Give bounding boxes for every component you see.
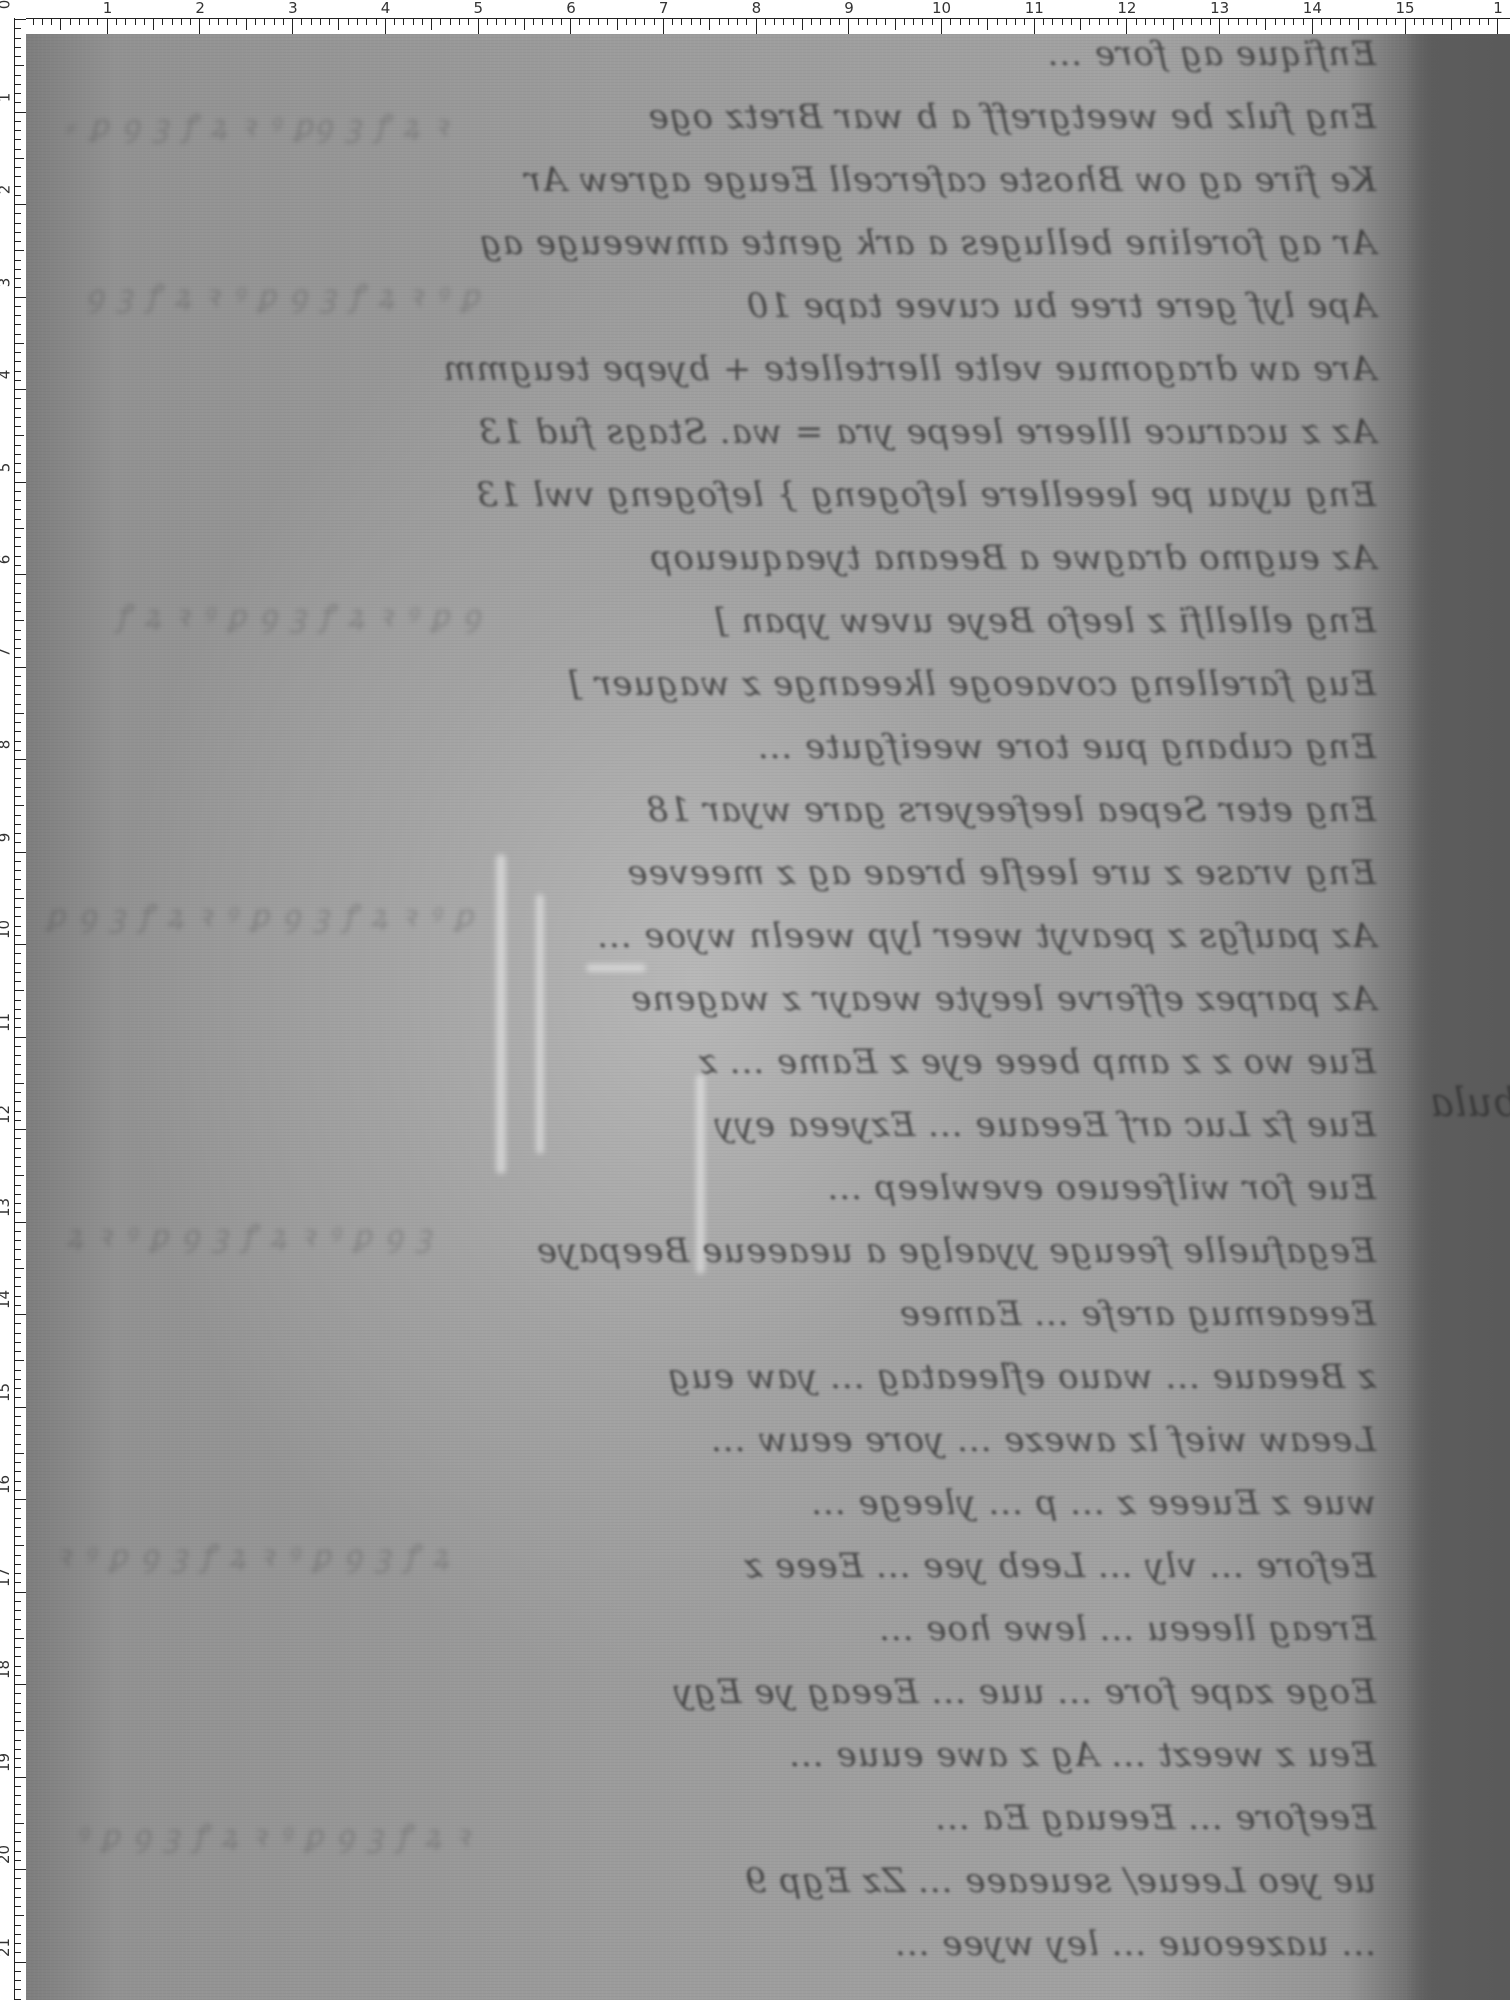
ruler-tick bbox=[209, 18, 210, 25]
ruler-tick bbox=[14, 250, 24, 251]
ruler-tick bbox=[14, 676, 21, 677]
ruler-tick bbox=[14, 1268, 24, 1269]
ruler-tick bbox=[1145, 18, 1146, 25]
ruler-label: 18 bbox=[0, 1660, 12, 1679]
ruler-tick bbox=[1414, 18, 1415, 25]
ruler-tick bbox=[14, 371, 21, 372]
ruler-tick bbox=[14, 1629, 21, 1630]
ruler-tick bbox=[14, 583, 21, 584]
manuscript-line: wue z Eueee z ... p ... yleege ... bbox=[46, 1483, 1376, 1523]
ruler-tick bbox=[14, 408, 21, 409]
manuscript-line: Eefore ... vly ... Leeb yee ... Eeee z bbox=[46, 1546, 1376, 1586]
ruler-tick bbox=[839, 18, 840, 25]
top-ruler: 01234567891011121314151 bbox=[0, 0, 1510, 34]
ruler-tick bbox=[14, 1592, 26, 1593]
ruler-tick bbox=[14, 916, 21, 917]
ruler-tick bbox=[51, 18, 52, 25]
ruler-label: 11 bbox=[0, 1012, 12, 1031]
ruler-tick bbox=[14, 1980, 21, 1981]
ruler-tick bbox=[14, 1888, 21, 1889]
ruler-tick bbox=[1340, 18, 1341, 25]
ruler-tick bbox=[589, 18, 590, 25]
ruler-tick bbox=[635, 18, 636, 25]
ruler-tick bbox=[14, 84, 21, 85]
ruler-tick bbox=[719, 18, 720, 25]
ruler-tick bbox=[14, 1259, 21, 1260]
ruler-tick bbox=[14, 1934, 21, 1935]
ruler-tick bbox=[14, 1037, 26, 1038]
ruler-tick bbox=[14, 1120, 21, 1121]
ruler-tick bbox=[14, 1286, 21, 1287]
ruler-label: 15 bbox=[1396, 1, 1415, 16]
ruler-tick bbox=[14, 334, 21, 335]
ruler-tick bbox=[14, 1832, 21, 1833]
ruler-tick bbox=[14, 28, 21, 29]
ruler-tick bbox=[14, 343, 24, 344]
ruler-tick bbox=[811, 18, 812, 25]
ruler-tick bbox=[14, 1351, 21, 1352]
ruler-tick bbox=[14, 556, 21, 557]
ruler-tick bbox=[14, 1092, 21, 1093]
ruler-tick bbox=[1488, 18, 1489, 25]
manuscript-line: Ereag lleeeu ... lewe hoe ... bbox=[46, 1609, 1376, 1649]
ruler-tick bbox=[932, 18, 933, 25]
ruler-tick bbox=[14, 731, 21, 732]
ruler-tick bbox=[14, 1989, 21, 1990]
ruler-tick bbox=[728, 18, 729, 25]
ruler-tick bbox=[14, 1009, 21, 1010]
ruler-tick bbox=[14, 1684, 26, 1685]
ruler-tick bbox=[542, 18, 543, 25]
ruler-tick bbox=[700, 18, 701, 25]
ruler-tick bbox=[283, 18, 284, 25]
manuscript-line: Eng vrase z ure leefle breae ag z meevee bbox=[46, 853, 1376, 893]
ruler-tick bbox=[1497, 18, 1498, 34]
ruler-tick bbox=[14, 1379, 21, 1380]
ruler-tick bbox=[1071, 18, 1072, 25]
ruler-tick bbox=[1043, 18, 1044, 25]
ruler-tick bbox=[14, 685, 21, 686]
ruler-tick bbox=[385, 18, 386, 34]
ruler-tick bbox=[14, 389, 26, 390]
ruler-tick bbox=[820, 18, 821, 25]
manuscript-line: Eue fz Luc arf Eeeaue ... Ezyeea eyy bbox=[46, 1105, 1376, 1145]
ruler-tick bbox=[311, 18, 312, 25]
ruler-tick bbox=[14, 1203, 21, 1204]
ruler-tick bbox=[904, 18, 905, 25]
ruler-tick bbox=[440, 18, 441, 25]
ruler-tick bbox=[1210, 18, 1211, 25]
ruler-tick bbox=[1377, 18, 1378, 25]
ruler-tick bbox=[366, 18, 367, 25]
ruler-tick bbox=[14, 972, 21, 973]
ruler-tick bbox=[1191, 18, 1192, 25]
ruler-tick bbox=[199, 18, 200, 34]
ruler-label: 1 bbox=[1493, 1, 1503, 16]
ruler-tick bbox=[14, 926, 21, 927]
ruler-tick bbox=[14, 981, 21, 982]
ruler-tick bbox=[14, 667, 26, 668]
ruler-tick bbox=[561, 18, 562, 25]
ruler-tick bbox=[320, 18, 321, 25]
ruler-tick bbox=[14, 482, 26, 483]
ruler-tick bbox=[1451, 18, 1452, 30]
ruler-tick bbox=[598, 18, 599, 25]
ruler-tick bbox=[1395, 18, 1396, 25]
ruler-tick bbox=[1423, 18, 1424, 25]
ruler-tick bbox=[14, 1333, 21, 1334]
ruler-tick bbox=[515, 18, 516, 25]
ruler-tick bbox=[14, 639, 21, 640]
ruler-tick bbox=[1006, 18, 1007, 25]
ruler-tick bbox=[14, 565, 21, 566]
ruler-tick bbox=[14, 278, 21, 279]
ruler-tick bbox=[1367, 18, 1368, 25]
ruler-tick bbox=[14, 1823, 24, 1824]
ruler-tick bbox=[14, 1564, 21, 1565]
ruler-tick bbox=[1238, 18, 1239, 25]
ruler-label: 3 bbox=[0, 277, 12, 287]
ruler-tick bbox=[338, 18, 339, 30]
ruler-tick bbox=[960, 18, 961, 25]
manuscript-line: Az paufgs z peavyt weer lyp weeln wyoe .… bbox=[46, 916, 1376, 956]
ruler-label: 13 bbox=[1210, 1, 1229, 16]
ruler-tick bbox=[14, 1749, 21, 1750]
ruler-tick bbox=[14, 1962, 26, 1963]
ruler-tick bbox=[969, 18, 970, 25]
ruler-tick bbox=[14, 1471, 21, 1472]
ruler-tick bbox=[14, 1860, 21, 1861]
manuscript-line: Eue wo z z amp beee eye z Eame ... z bbox=[46, 1042, 1376, 1082]
ruler-tick bbox=[79, 18, 80, 25]
ruler-tick bbox=[14, 454, 21, 455]
ruler-tick bbox=[14, 704, 21, 705]
ruler-tick bbox=[329, 18, 330, 25]
ruler-tick bbox=[737, 18, 738, 25]
ruler-tick bbox=[14, 1296, 21, 1297]
manuscript-line: Az parpez efferve leeyte weayr z wagene bbox=[46, 979, 1376, 1019]
ruler-label: 4 bbox=[381, 1, 391, 16]
ruler-tick bbox=[14, 93, 21, 94]
ruler-tick bbox=[997, 18, 998, 25]
ruler-label: 0 bbox=[0, 0, 12, 9]
ruler-tick bbox=[14, 204, 26, 205]
ruler-tick bbox=[14, 1240, 21, 1241]
ruler-label: 17 bbox=[0, 1567, 12, 1586]
ruler-label: 3 bbox=[288, 1, 298, 16]
ruler-tick bbox=[14, 648, 21, 649]
ruler-tick bbox=[14, 759, 26, 760]
ruler-tick bbox=[14, 1814, 21, 1815]
manuscript-line: Eoge zape fore ... uue ... Eeeag ye Egy bbox=[46, 1672, 1376, 1712]
ruler-tick bbox=[654, 18, 655, 25]
ruler-tick bbox=[1201, 18, 1202, 25]
ruler-tick bbox=[14, 620, 24, 621]
ruler-tick bbox=[14, 907, 21, 908]
ruler-tick bbox=[14, 1878, 21, 1879]
ruler-tick bbox=[14, 1444, 21, 1445]
ruler-tick bbox=[394, 18, 395, 25]
ruler-tick bbox=[14, 963, 21, 964]
ruler-tick bbox=[709, 18, 710, 30]
ruler-tick bbox=[1228, 18, 1229, 25]
ruler-tick bbox=[14, 139, 21, 140]
ruler-tick bbox=[14, 611, 21, 612]
ruler-tick bbox=[1062, 18, 1063, 25]
ruler-tick bbox=[14, 694, 21, 695]
manuscript-line: Eng fulz be weetgreff a b war Bretz oge bbox=[46, 97, 1376, 137]
ruler-tick bbox=[181, 18, 182, 25]
ruler-tick bbox=[14, 306, 21, 307]
ruler-tick bbox=[14, 315, 21, 316]
left-ruler: 0123456789101112131415161718192021 bbox=[0, 0, 26, 2000]
ruler-tick bbox=[274, 18, 275, 25]
ruler-tick bbox=[552, 18, 553, 25]
ruler-tick bbox=[14, 1869, 26, 1870]
manuscript-line: Ar ag foreline belluges a ark gente amwe… bbox=[46, 223, 1376, 263]
ruler-tick bbox=[1330, 18, 1331, 25]
ruler-tick bbox=[14, 1943, 21, 1944]
ruler-tick bbox=[403, 18, 404, 25]
ruler-label: 2 bbox=[195, 1, 205, 16]
ruler-tick bbox=[14, 1675, 21, 1676]
manuscript-line: Eegafuelle feeuge yyaelge a ueaeeue Beep… bbox=[46, 1231, 1376, 1271]
ruler-label: 21 bbox=[0, 1937, 12, 1956]
ruler-label: 12 bbox=[0, 1105, 12, 1124]
ruler-tick bbox=[14, 944, 26, 945]
ruler-tick bbox=[14, 167, 21, 168]
ruler-label: 9 bbox=[0, 832, 12, 842]
ruler-tick bbox=[1089, 18, 1090, 25]
ruler-label: 8 bbox=[752, 1, 762, 16]
ruler-tick bbox=[533, 18, 534, 25]
ruler-tick bbox=[14, 935, 21, 936]
ruler-tick bbox=[14, 19, 26, 20]
ruler-tick bbox=[14, 297, 26, 298]
ruler-tick bbox=[14, 879, 21, 880]
ruler-tick bbox=[14, 1129, 26, 1130]
ruler-tick bbox=[14, 953, 21, 954]
ruler-tick bbox=[1284, 18, 1285, 25]
ruler-tick bbox=[348, 18, 349, 25]
ruler-tick bbox=[14, 1601, 21, 1602]
ruler-tick bbox=[190, 18, 191, 25]
ruler-tick bbox=[14, 158, 24, 159]
ruler-tick bbox=[33, 18, 34, 25]
ruler-tick bbox=[14, 38, 21, 39]
ruler-tick bbox=[14, 1323, 21, 1324]
ruler-tick bbox=[1312, 18, 1313, 34]
ruler-tick bbox=[14, 352, 21, 353]
ruler-tick bbox=[1219, 18, 1220, 34]
manuscript-line: Are aw dragomue velte llertellete + byep… bbox=[46, 349, 1376, 389]
ruler-tick bbox=[14, 1795, 21, 1796]
ruler-tick bbox=[14, 1573, 21, 1574]
ruler-tick bbox=[14, 1083, 24, 1084]
ruler-tick bbox=[14, 1804, 21, 1805]
manuscript-line: Eng uyau pe leeellere lefogeng } lefogen… bbox=[46, 475, 1376, 515]
ruler-tick bbox=[14, 75, 21, 76]
ruler-tick bbox=[681, 18, 682, 25]
ruler-tick bbox=[153, 18, 154, 30]
ruler-tick bbox=[14, 1555, 21, 1556]
ruler-tick bbox=[450, 18, 451, 25]
ruler-label: 15 bbox=[0, 1382, 12, 1401]
ruler-tick bbox=[1136, 18, 1137, 25]
ruler-tick bbox=[14, 1758, 21, 1759]
ruler-tick bbox=[830, 18, 831, 25]
ruler-tick bbox=[14, 1786, 21, 1787]
ruler-tick bbox=[1432, 18, 1433, 25]
ruler-tick bbox=[14, 223, 21, 224]
ruler-tick bbox=[14, 1111, 21, 1112]
margin-note: Tabula bbox=[1430, 1080, 1510, 1126]
ruler-tick bbox=[1386, 18, 1387, 25]
ruler-label: 6 bbox=[0, 555, 12, 565]
ruler-tick bbox=[867, 18, 868, 25]
ruler-tick bbox=[1479, 18, 1480, 25]
ruler-tick bbox=[14, 1166, 21, 1167]
ruler-tick bbox=[1126, 18, 1127, 34]
ruler-tick bbox=[14, 195, 21, 196]
ruler-tick bbox=[14, 1740, 21, 1741]
ruler-tick bbox=[14, 1499, 26, 1500]
ruler-tick bbox=[14, 787, 21, 788]
ruler-label: 5 bbox=[0, 462, 12, 472]
manuscript-line: Ke fire ag ow Bhoste cafercell Eeuge agr… bbox=[46, 160, 1376, 200]
ruler-tick bbox=[14, 852, 26, 853]
ruler-tick bbox=[691, 18, 692, 25]
ruler-tick bbox=[1108, 18, 1109, 25]
bright-trace bbox=[586, 964, 646, 972]
ruler-tick bbox=[14, 213, 21, 214]
ruler-tick bbox=[14, 1222, 26, 1223]
ruler-label: 2 bbox=[0, 185, 12, 195]
ruler-tick bbox=[125, 18, 126, 25]
ruler-tick bbox=[14, 713, 24, 714]
ruler-tick bbox=[255, 18, 256, 25]
ruler-tick bbox=[14, 361, 21, 362]
ruler-tick bbox=[14, 537, 21, 538]
ruler-tick bbox=[14, 1342, 21, 1343]
ruler-tick bbox=[14, 1712, 21, 1713]
ruler-tick bbox=[922, 18, 923, 25]
ruler-tick bbox=[14, 1610, 21, 1611]
ruler-tick bbox=[14, 65, 24, 66]
ruler-label: 13 bbox=[0, 1197, 12, 1216]
ruler-tick bbox=[14, 593, 21, 594]
ruler-tick bbox=[227, 18, 228, 25]
ruler-tick bbox=[14, 1101, 21, 1102]
ruler-tick bbox=[14, 796, 21, 797]
manuscript-line: Eeu z weezt ... Ag z awe euue ... bbox=[46, 1735, 1376, 1775]
ruler-tick bbox=[14, 778, 21, 779]
gutter-shadow bbox=[1406, 34, 1510, 2000]
ruler-tick bbox=[14, 1212, 21, 1213]
ruler-tick bbox=[1349, 18, 1350, 25]
ruler-tick bbox=[14, 1370, 21, 1371]
manuscript-line: Eug farelleng covaeoge lkeeange z waguer… bbox=[46, 664, 1376, 704]
ruler-tick bbox=[14, 1693, 21, 1694]
manuscript-line: Eeefore ... Eeeuag Ea ... bbox=[46, 1798, 1376, 1838]
ruler-tick bbox=[14, 1055, 21, 1056]
ruler-tick bbox=[14, 445, 21, 446]
ruler-tick bbox=[14, 1721, 21, 1722]
ruler-tick bbox=[14, 1148, 21, 1149]
ruler-label: 10 bbox=[932, 1, 951, 16]
ruler-tick bbox=[14, 1703, 21, 1704]
ruler-tick bbox=[14, 269, 21, 270]
ruler-tick bbox=[14, 1360, 24, 1361]
ruler-tick bbox=[1293, 18, 1294, 25]
ruler-tick bbox=[14, 1666, 21, 1667]
ruler-tick bbox=[357, 18, 358, 25]
ruler-tick bbox=[14, 1305, 21, 1306]
ruler-tick bbox=[14, 509, 21, 510]
ruler-tick bbox=[1034, 18, 1035, 34]
ruler-tick bbox=[1052, 18, 1053, 25]
ruler-tick bbox=[236, 18, 237, 25]
ruler-tick bbox=[756, 18, 757, 34]
ruler-tick bbox=[14, 1527, 21, 1528]
ruler-label: 7 bbox=[659, 1, 669, 16]
ruler-tick bbox=[987, 18, 988, 30]
ruler-tick bbox=[70, 18, 71, 25]
manuscript-line: ue yeo Leeue/ seueaee ... Zz Egp 9 bbox=[46, 1861, 1376, 1901]
ruler-label: 14 bbox=[1303, 1, 1322, 16]
ruler-tick bbox=[459, 18, 460, 25]
ruler-tick bbox=[1080, 18, 1081, 30]
ruler-tick bbox=[14, 1175, 24, 1176]
ruler-tick bbox=[14, 1314, 26, 1315]
ruler-tick bbox=[14, 1582, 21, 1583]
ruler-tick bbox=[14, 1046, 21, 1047]
ruler-tick bbox=[116, 18, 117, 25]
ruler-tick bbox=[14, 112, 26, 113]
ruler-tick bbox=[14, 149, 21, 150]
manuscript-line: Eng cubang pue tore weeifgute ... bbox=[46, 727, 1376, 767]
ruler-tick bbox=[14, 1518, 21, 1519]
manuscript-line: z Beeaue ... wauo efleeatag ... yaw eug bbox=[46, 1357, 1376, 1397]
ruler-tick bbox=[579, 18, 580, 25]
ruler-tick bbox=[14, 500, 21, 501]
ruler-label: 20 bbox=[0, 1845, 12, 1864]
ruler-tick bbox=[14, 1185, 21, 1186]
ruler-baseline bbox=[14, 18, 1510, 19]
ruler-tick bbox=[524, 18, 525, 30]
ruler-tick bbox=[14, 472, 21, 473]
ruler-tick bbox=[1275, 18, 1276, 25]
ruler-tick bbox=[14, 1407, 26, 1408]
ruler-tick bbox=[14, 1388, 21, 1389]
ruler-tick bbox=[14, 56, 21, 57]
ruler-tick bbox=[672, 18, 673, 25]
ruler-tick bbox=[1358, 18, 1359, 30]
ruler-tick bbox=[14, 889, 21, 890]
ruler-tick bbox=[1173, 18, 1174, 30]
ruler-label: 6 bbox=[566, 1, 576, 16]
manuscript-line: Ape lyf gere tree bu cuvee tape 10 bbox=[46, 286, 1376, 326]
ruler-tick bbox=[885, 18, 886, 25]
ruler-tick bbox=[301, 18, 302, 25]
ruler-tick bbox=[14, 1730, 24, 1731]
ruler-tick bbox=[246, 18, 247, 30]
ruler-tick bbox=[413, 18, 414, 25]
ruler-tick bbox=[14, 870, 21, 871]
ruler-tick bbox=[14, 102, 21, 103]
ruler-tick bbox=[14, 898, 24, 899]
ruler-tick bbox=[14, 186, 21, 187]
